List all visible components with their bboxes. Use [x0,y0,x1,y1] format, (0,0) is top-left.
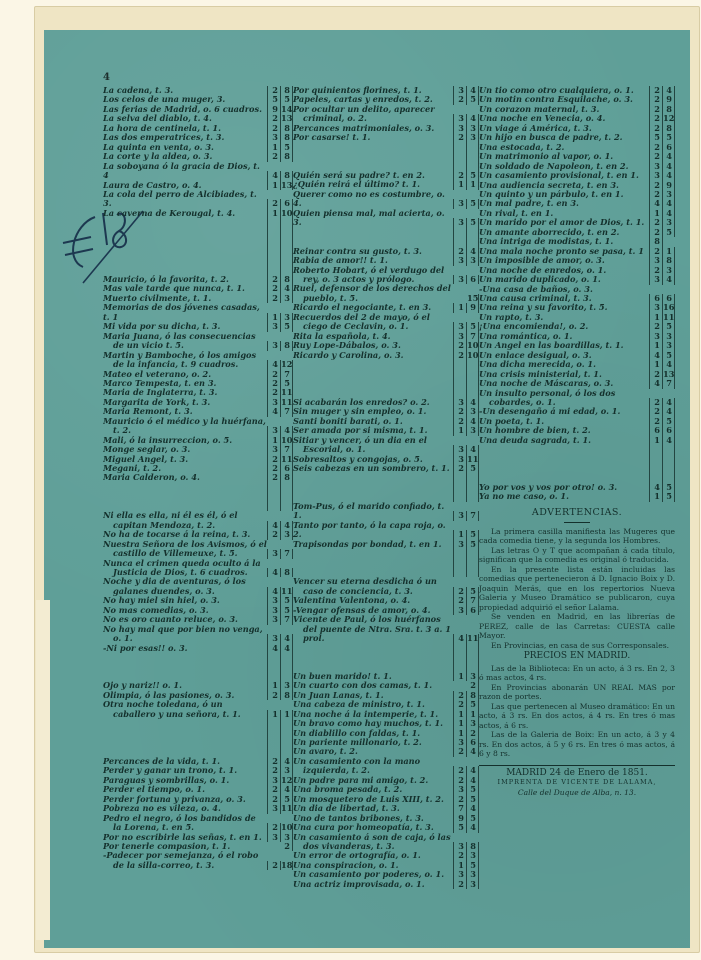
play-entry: Santi boniti barati, o. 1.24 [293,417,479,426]
men-count: 3 [467,256,479,265]
play-entry: Un tio como otro cualquiera, o. 1.24 [479,86,675,95]
men-count: 5 [663,228,675,237]
page-number: 4 [103,72,110,83]
play-title: Un soldado de Napoleon, t. en 2. [479,162,649,171]
blank-row [103,492,293,501]
play-title: No ha de tocarse á la reina, t. 3. [103,530,267,539]
women-count: 2 [453,95,467,104]
play-title: Paraguas y sombrillas, o. 1. [103,776,267,785]
play-entry: Un imposible de amor, o. 3.38 [479,256,675,265]
play-title: Ricardo el negociante, t. en 3. [293,303,453,312]
play-entry: No ha de tocarse á la reina, t. 3.23 [103,530,293,539]
play-entry: Un hijo en busca de padre, t. 2.55 [479,133,675,142]
play-title: Por ocultar un delito, aparecer criminal… [293,105,453,124]
men-count: 7 [467,511,479,520]
play-entry: Un dia de libertad, t. 3.74 [293,804,479,813]
men-count: 3 [281,530,293,539]
women-count: 2 [453,464,467,473]
play-entry: Una noche á la intemperie, t. 1.11 [293,710,479,719]
play-title: Mauricio, ó la favorita, t. 2. [103,275,267,284]
imprint-date: MADRID 24 de Enero de 1851. [479,769,675,779]
play-title: Los celos de una muger, 3. [103,95,267,104]
play-entry: Una audiencia secreta, t. en 3.29 [479,181,675,190]
play-entry: Mi vida por su dicha, t. 3.35 [103,322,293,331]
play-title: Una noche de enredos, o. 1. [479,266,649,275]
women-count: 4 [267,568,281,577]
play-title: Nuestra Señora de los Avismos, ó el cast… [103,540,267,559]
men-count: 3 [467,133,479,142]
play-title: Un hombre de bien, t. 2. [479,426,649,435]
women-count: 3 [453,199,467,208]
play-title: Laura de Castro, o. 4. [103,181,267,190]
note-paragraph: Las letras O y T que acompañan á cada tí… [479,546,675,565]
blank-row [293,558,479,567]
play-title: Querer como no es costumbre, o. 4. [293,190,453,209]
play-entry: Un marido duplicado, o. 1.34 [479,275,675,284]
play-title: Una intriga de modistas, t. 1. [479,237,649,246]
play-entry: Si acabarán los enredos? o. 2.34 [293,398,479,407]
play-entry: Ser amada por si misma, t. 1.13 [293,426,479,435]
play-entry: Sin muger y sin empleo, o. 1.23 [293,407,479,416]
women-count: 3 [453,275,467,284]
play-title: Un casamiento provisional, t. en 1. [479,171,649,180]
play-title: Mas vale tarde que nunca, t. 1. [103,284,267,293]
price-paragraph: En Provincias abonarán UN REAL MAS por r… [479,683,675,702]
men-count: 5 [467,199,479,208]
play-entry: Noche y dia de aventuras, ó los galanes … [103,577,293,596]
men-count: 4 [663,275,675,284]
note-paragraph: Se venden en Madrid, en las librerías de… [479,612,675,641]
women-count: 4 [453,634,467,643]
women-count: 2 [453,351,467,360]
play-title: -Padecer por semejanza, ó el robo de la … [103,851,267,870]
blank-row [103,256,293,265]
men-count: 1 [467,180,479,189]
women-count: 4 [267,644,281,653]
play-entry: Mauricio ó el médico y la huérfana, t. 2… [103,417,293,436]
play-title: Sobresaltos y congojas, o. 5. [293,455,453,464]
play-title: Por casarse! t. 1. [293,133,453,142]
play-title: Un mosquetero de Luis XIII, t. 2. [293,795,453,804]
play-entry: Martin y Bamboche, ó los amigos de la in… [103,351,293,370]
blank-row [103,653,293,662]
play-entry: Sitiar y vencer, ó un dia en el Escorial… [293,436,479,455]
play-entry: Yo por vos y vos por otro! o. 3.45 [479,483,675,492]
play-entry: Un rapto, t. 3.111 [479,313,675,322]
prices-heading: PRECIOS EN MADRID. [479,652,675,662]
men-count: 11 [281,804,293,813]
play-title: Una crisis ministerial, t. 1. [479,370,649,379]
play-title: Pedro el negro, ó los bandidos de la Lor… [103,814,267,833]
play-entry: Una actriz improvisada, o. 1.23 [293,880,479,889]
play-entry: Reinar contra su gusto, t. 3.24 [293,247,479,256]
blank-row [293,370,479,379]
play-title: Un corazon maternal, t. 3. [479,105,649,114]
play-entry: Maria Juana, ó las consecuencias de un v… [103,332,293,351]
play-entry: Un pariente millonario, t. 2.36 [293,738,479,747]
blank-row [479,455,675,464]
play-entry: Marco Tempesta, t. en 3.25 [103,379,293,388]
play-title: -Una casa de baños, o. 3. [479,285,649,294]
play-entry: La quinta en venta, o. 3.15 [103,143,293,152]
title-column-3: Un tio como otro cualquiera, o. 1.24Un m… [479,86,675,502]
play-entry: Mas vale tarde que nunca, t. 1.24 [103,284,293,293]
men-count: 8 [281,341,293,350]
play-entry: Recuerdos del 2 de mayo, ó el ciego de C… [293,313,479,332]
play-title: Un mal padre, t. en 3. [479,199,649,208]
play-entry: Ni ella es ella, ni él es él, ó el capit… [103,511,293,530]
play-entry: Mauricio, ó la favorita, t. 2.28 [103,275,293,284]
play-title: Un marido duplicado, o. 1. [479,275,649,284]
play-title: Percances de la vida, t. 1. [103,757,267,766]
play-entry: Un hombre de bien, t. 2.66 [479,426,675,435]
men-count: 7 [281,549,293,558]
play-entry: Un bravo como hay muchos, t. 1.13 [293,719,479,728]
play-title: Vicente de Paul, ó los huérfanos del pue… [293,615,453,643]
play-entry: Por tenerle compasion, t. 1.2 [103,842,293,851]
women-count: 2 [453,880,467,889]
play-entry: Una cabeza de ministro, t. 1.25 [293,700,479,709]
women-count: 1 [453,426,467,435]
play-entry: La caverna de Kerougal, t. 4.110 [103,209,293,218]
play-title: Una actriz improvisada, o. 1. [293,880,453,889]
play-entry: Vencer su eterna desdicha ó un caso de c… [293,577,479,596]
play-title: Un casamiento por poderes, o. 1. [293,870,453,879]
play-title: Monge seglar, o. 3. [103,445,267,454]
play-entry: Un enlace desigual, o. 3.45 [479,351,675,360]
play-title: Las dos emperatrices, t. 3. [103,133,267,142]
play-title: Un tio como otro cualquiera, o. 1. [479,86,649,95]
play-entry: La selva del diablo, t. 4.213 [103,114,293,123]
play-title: Un marido por el amor de Dios, t. 1. [479,218,649,227]
play-title: Sitiar y vencer, ó un dia en el Escorial… [293,436,453,455]
women-count: 2 [267,294,281,303]
play-title: Papeles, cartas y enredos, t. 2. [293,95,453,104]
play-entry: Un cuarto con dos camas, t. 1.2 [293,681,479,690]
play-entry: Una noche de enredos, o. 1.23 [479,266,675,275]
play-title: Una broma pesada, t. 2. [293,785,453,794]
play-entry: Un casamiento provisional, t. en 1.34 [479,171,675,180]
play-entry: Vicente de Paul, ó los huérfanos del pue… [293,615,479,643]
play-entry: Ruy Lope-Dábalos, o. 3.210 [293,341,479,350]
play-entry: Un Juan Lanas, t. 1.28 [293,691,479,700]
blank-row [293,360,479,369]
play-title: Pobreza no es vileza, o. 4. [103,804,267,813]
play-title: Trapisondas por bondad, t. en 1. [293,540,453,549]
play-title: Por tenerle compasion, t. 1. [103,842,267,851]
play-entry: Un avaro, t. 2.24 [293,747,479,756]
play-entry: ¿Quién reirá el último? t. 1.11 [293,180,479,189]
play-entry: Papeles, cartas y enredos, t. 2.25 [293,95,479,104]
play-title: Tanto por tanto, ó la capa roja, o. 2. [293,521,453,540]
play-entry: Seis cabezas en un sombrero, t. 1.25 [293,464,479,473]
blank-row [103,662,293,671]
men-count: 5 [467,95,479,104]
women-count: 3 [453,606,467,615]
blank-row [103,719,293,728]
imprint-press: IMPRENTA DE VICENTE DE LALAMA, [479,778,675,788]
blank-row [293,653,479,662]
play-entry: Ricardo y Carolina, o. 3.210 [293,351,479,360]
play-title: Un insulto personal, ó los dos cobardes,… [479,389,649,408]
play-entry: Quien piensa mal, mal acierta, o. 3.35 [293,209,479,228]
women-count: 2 [453,747,467,756]
play-entry: Una cura por homeopatía, t. 3.54 [293,823,479,832]
women-count: 2 [267,530,281,539]
play-title: Un avaro, t. 2. [293,747,453,756]
play-title: La selva del diablo, t. 4. [103,114,267,123]
women-count: 1 [649,436,663,445]
women-count: 1 [267,209,281,218]
play-title: Una reina y su favorito, t. 5. [479,303,649,312]
men-count: 5 [467,540,479,549]
men-count: 8 [281,691,293,700]
imprint-block: MADRID 24 de Enero de 1851. IMPRENTA DE … [479,765,675,798]
blank-row [103,237,293,246]
play-entry: Una noche de Máscaras, o. 3.47 [479,379,675,388]
play-entry: No mas comedias, o. 3.35 [103,606,293,615]
play-entry: Una dicha merecida, o. 1.14 [479,360,675,369]
play-entry: Un error de ortografía, o. 1.23 [293,851,479,860]
play-title: Tom-Pus, ó el marido confiado, t. 1. [293,502,453,521]
play-title: La cola del perro de Alcibiades, t. 3. [103,190,267,209]
play-title: La cadena, t. 3. [103,86,267,95]
women-count: 5 [453,823,467,832]
price-paragraph: Las que pertenecen al Museo dramático: E… [479,702,675,731]
play-title: Una causa criminal, t. 3. [479,294,649,303]
play-entry: ¡Una encomienda!, o. 2.25 [479,322,675,331]
blank-row [293,379,479,388]
play-entry: La soboyana ó la gracia de Dios, t. 448 [103,162,293,181]
play-title: Una mala noche pronto se pasa, t. 1 [479,247,649,256]
men-count: 6 [467,606,479,615]
play-entry: Tanto por tanto, ó la capa roja, o. 2.15 [293,521,479,540]
men-count: 10 [281,209,293,218]
play-title: No mas comedias, o. 3. [103,606,267,615]
play-title: Miguel Angel, t. 3. [103,455,267,464]
play-entry: Un marido por el amor de Dios, t. 1.23 [479,218,675,227]
play-title: Maria Juana, ó las consecuencias de un v… [103,332,267,351]
play-entry: Las dos emperatrices, t. 3.38 [103,133,293,142]
play-title: Un Angel en las boardillas, t. 1. [479,341,649,350]
blank-row [293,162,479,171]
play-title: Una audiencia secreta, t. en 3. [479,181,649,190]
women-count: 1 [453,180,467,189]
play-entry: Una mala noche pronto se pasa, t. 121 [479,247,675,256]
women-count: 4 [649,379,663,388]
play-title: Una noche de Máscaras, o. 3. [479,379,649,388]
blank-row [293,237,479,246]
blank-row [293,549,479,558]
play-entry: Una causa criminal, t. 3.66 [479,294,675,303]
play-title: Un rival, t. en 1. [479,209,649,218]
play-entry: Otra noche toledana, ó un caballero y un… [103,700,293,719]
men-count: 7 [281,615,293,624]
play-entry: Trapisondas por bondad, t. en 1.35 [293,540,479,549]
play-title: Un enlace desigual, o. 3. [479,351,649,360]
play-entry: La cadena, t. 3.28 [103,86,293,95]
play-entry: Paraguas y sombrillas, o. 1.312 [103,776,293,785]
play-entry: No hay miel sin hiel, o. 3.35 [103,596,293,605]
women-count: 1 [453,303,467,312]
play-entry: Miguel Angel, t. 3.211 [103,455,293,464]
men-count: 3 [467,880,479,889]
play-title: Olimpia, ó las pasiones, o. 3. [103,691,267,700]
play-entry: Un matrimonio al vapor, o. 1.24 [479,152,675,161]
blank-row [293,228,479,237]
blank-row [293,568,479,577]
women-count: 2 [267,473,281,482]
men-count: 5 [467,218,479,227]
play-entry: Ricardo el negociante, t. en 3.19 [293,303,479,312]
play-title: Mi vida por su dicha, t. 3. [103,322,267,331]
play-entry: Ojo y nariz!! o. 1.13 [103,681,293,690]
women-count: 3 [267,804,281,813]
price-paragraph: Las de la Biblioteca: En un acto, á 3 rs… [479,664,675,683]
play-title: Un rapto, t. 3. [479,313,649,322]
blank-row [103,747,293,756]
play-title: Perder el tiempo, o. 1. [103,785,267,794]
play-title: Perder fortuna y privanza, o. 3. [103,795,267,804]
play-title: Un matrimonio al vapor, o. 1. [479,152,649,161]
play-title: Santi boniti barati, o. 1. [293,417,453,426]
play-entry: Por casarse! t. 1.23 [293,133,479,142]
play-entry: Rabia de amor!! t. 1.33 [293,256,479,265]
play-entry: Uno de tantos bribones, t. 3.95 [293,814,479,823]
play-entry: Nuestra Señora de los Avismos, ó el cast… [103,540,293,559]
men-count: 11 [467,634,479,643]
note-paragraph: La primera casilla manifiesta las Mugere… [479,527,675,546]
play-entry: -Vengar ofensas de amor, o. 4.36 [293,606,479,615]
play-title: Uno de tantos bribones, t. 3. [293,814,453,823]
play-entry: No hay mal que por bien no venga, o. 1.3… [103,625,293,644]
play-title: Una dicha merecida, o. 1. [479,360,649,369]
blank-row [103,502,293,511]
play-title: Una cura por homeopatía, t. 3. [293,823,453,832]
advertencias-section: ADVERTENCIAS. La primera casilla manifie… [479,508,675,797]
price-paragraph: Las de la Galeria de Boix: En un acto, á… [479,730,675,759]
play-title: Margarita de York, t. 3. [103,398,267,407]
play-title: Noche y dia de aventuras, ó los galanes … [103,577,267,596]
blank-row [479,464,675,473]
women-count: 1 [267,710,281,719]
play-title: Un Juan Lanas, t. 1. [293,691,453,700]
play-title: Memorias de dos jóvenes casadas, t. 1 [103,303,267,322]
play-entry: Un insulto personal, ó los dos cobardes,… [479,389,675,408]
note-paragraph: En Provincias, en casa de sus Correspons… [479,641,675,651]
play-title: Marco Tempesta, t. en 3. [103,379,267,388]
play-title: Otra noche toledana, ó un caballero y un… [103,700,267,719]
play-entry: Un Angel en las boardillas, t. 1.13 [479,341,675,350]
imprint-street: Calle del Duque de Alba, n. 13. [479,788,675,798]
torn-left-edge [36,600,50,940]
play-title: Sin muger y sin empleo, o. 1. [293,407,453,416]
play-entry: Perder fortuna y privanza, o. 3.25 [103,795,293,804]
play-entry: La hora de centinela, t. 1.28 [103,124,293,133]
play-entry: Por quinientos florines, t. 1.34 [293,86,479,95]
women-count: 4 [267,407,281,416]
play-title: Ser amada por si misma, t. 1. [293,426,453,435]
play-title: La corte y la aldea, o. 3. [103,152,267,161]
play-title: Una cabeza de ministro, t. 1. [293,700,453,709]
play-title: Maria de Inglaterra, t. 3. [103,388,267,397]
play-title: No hay miel sin hiel, o. 3. [103,596,267,605]
play-title: Una estocada, t. 2. [479,143,649,152]
play-title: Un bravo como hay muchos, t. 1. [293,719,453,728]
play-title: Un diablillo con faldas, t. 1. [293,729,453,738]
women-count: 3 [267,322,281,331]
play-entry: Margarita de York, t. 3.311 [103,398,293,407]
play-entry: Ya no me caso, o. 1.15 [479,492,675,501]
play-title: Ruy Lope-Dábalos, o. 3. [293,341,453,350]
play-entry: Muerto civilmente, t. 1.23 [103,294,293,303]
blank-row [103,729,293,738]
men-count: 8 [281,152,293,161]
play-entry: Un quinto y un párbulo, t. en 1.23 [479,190,675,199]
blank-row [293,492,479,501]
play-entry: Un corazon maternal, t. 3.28 [479,105,675,114]
play-title: Si acabarán los enredos? o. 2. [293,398,453,407]
play-title: Ricardo y Carolina, o. 3. [293,351,453,360]
women-count: 3 [453,540,467,549]
play-title: Valentina Valentona, o. 4. [293,596,453,605]
men-count: 2 [281,842,293,851]
play-entry: Rita la española, t. 4.37 [293,332,479,341]
play-entry: Tom-Pus, ó el marido confiado, t. 1.37 [293,502,479,521]
play-entry: Un mal padre, t. en 3.44 [479,199,675,208]
play-title: La hora de centinela, t. 1. [103,124,267,133]
play-title: Un pariente millonario, t. 2. [293,738,453,747]
men-count: 10 [467,351,479,360]
play-title: Vencer su eterna desdicha ó un caso de c… [293,577,453,596]
women-count: 1 [267,181,281,190]
play-entry: Monge seglar, o. 3.37 [103,445,293,454]
play-title: Seis cabezas en un sombrero, t. 1. [293,464,453,473]
play-title: Percances matrimoniales, o. 3. [293,124,453,133]
play-entry: Percances de la vida, t. 1.24 [103,757,293,766]
play-entry: Un casamiento á son de caja, ó las dos v… [293,833,479,852]
play-entry: -Padecer por semejanza, ó el robo de la … [103,851,293,870]
play-entry: Un rival, t. en 1.14 [479,209,675,218]
play-entry: Megani, t. 2.26 [103,464,293,473]
play-entry: Maria de Inglaterra, t. 3.211 [103,388,293,397]
play-title: Por no escribirle las señas, t. en 1. [103,833,267,842]
women-count: 3 [453,511,467,520]
play-title: ¡Una encomienda!, o. 2. [479,322,649,331]
men-count: 4 [467,747,479,756]
note-paragraph: En la presente lista están incluidas las… [479,565,675,613]
men-count: 5 [467,464,479,473]
play-entry: Un casamiento con la mano izquierda, t. … [293,757,479,776]
play-title: Un poeta, t. 1. [479,417,649,426]
play-entry: Quién será su padre? t. en 2.25 [293,171,479,180]
blank-row [103,266,293,275]
blank-row [293,644,479,653]
play-entry: Un casamiento por poderes, o. 1.33 [293,870,479,879]
play-title: ¿Quién reirá el último? t. 1. [293,180,453,189]
men-count: 3 [281,294,293,303]
men-count: 3 [467,426,479,435]
play-title: Maria Calderon, o. 4. [103,473,267,482]
play-title: -Ni por esas!! o. 3. [103,644,267,653]
play-title: Una conspiracion, o. 1. [293,861,453,870]
men-count: 7 [663,379,675,388]
play-title: Mauricio ó el médico y la huérfana, t. 2… [103,417,267,436]
play-title: Recuerdos del 2 de mayo, ó el ciego de C… [293,313,453,332]
men-count: 1 [281,710,293,719]
play-title: Megani, t. 2. [103,464,267,473]
women-count: 3 [267,833,281,842]
